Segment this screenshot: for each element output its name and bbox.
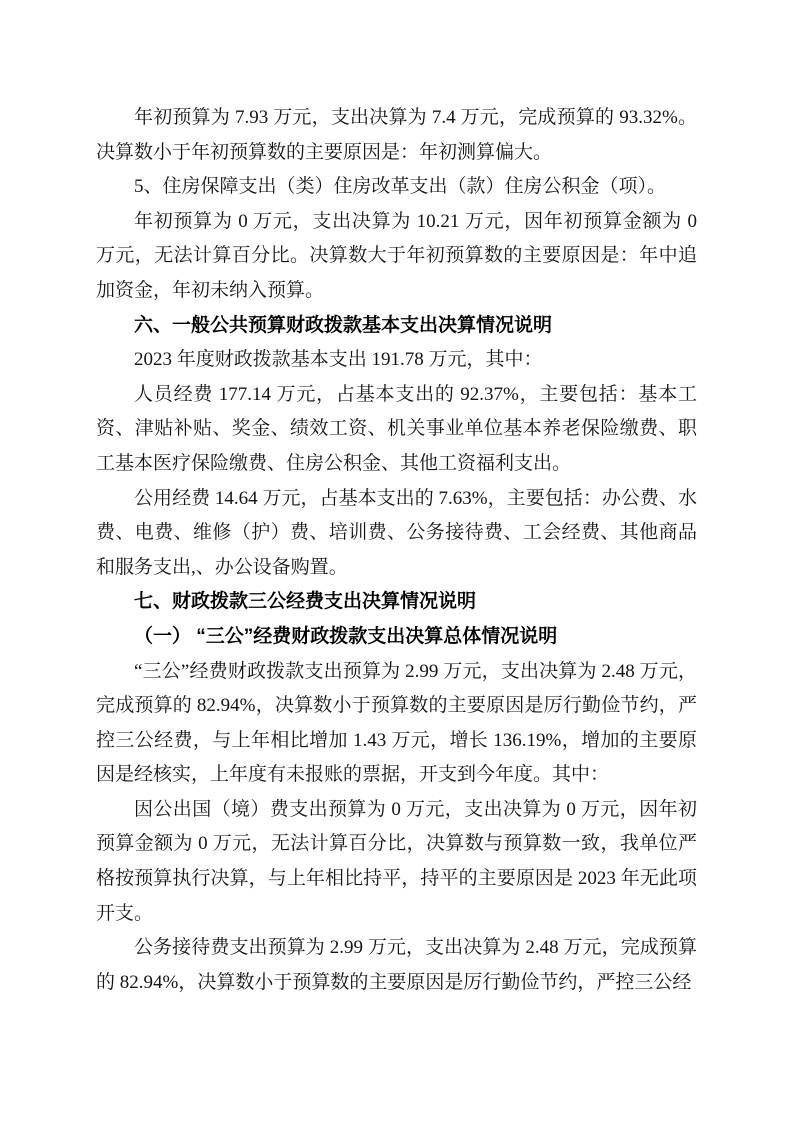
paragraph-public-expenses: 公用经费 14.64 万元，占基本支出的 7.63%，主要包括：办公费、水费、电… [96, 482, 697, 586]
paragraph-basic-expenditure-total: 2023 年度财政拨款基本支出 191.78 万元，其中： [96, 343, 697, 378]
paragraph-official-reception-expenses: 公务接待费支出预算为 2.99 万元，支出决算为 2.48 万元，完成预算的 8… [96, 931, 697, 1000]
paragraph-item5-figures: 年初预算为 0 万元，支出决算为 10.21 万元，因年初预算金额为 0 万元，… [96, 205, 697, 309]
paragraph-item5-housing-fund: 5、住房保障支出（类）住房改革支出（款）住房公积金（项）。 [96, 170, 697, 205]
document-page: 年初预算为 7.93 万元，支出决算为 7.4 万元，完成预算的 93.32%。… [0, 0, 793, 1122]
paragraph-personnel-expenses: 人员经费 177.14 万元，占基本支出的 92.37%，主要包括：基本工资、津… [96, 378, 697, 482]
paragraph-three-public-overview: “三公”经费财政拨款支出预算为 2.99 万元，支出决算为 2.48 万元，完成… [96, 655, 697, 793]
paragraph-overseas-travel-expenses: 因公出国（境）费支出预算为 0 万元，支出决算为 0 万元，因年初预算金额为 0… [96, 793, 697, 931]
section-seven-heading: 七、财政拨款三公经费支出决算情况说明 [96, 585, 697, 620]
section-six-heading: 六、一般公共预算财政拨款基本支出决算情况说明 [96, 309, 697, 344]
paragraph-housing-budget-result: 年初预算为 7.93 万元，支出决算为 7.4 万元，完成预算的 93.32%。… [96, 101, 697, 170]
subsection-one-heading: （一） “三公”经费财政拨款支出决算总体情况说明 [96, 620, 697, 655]
